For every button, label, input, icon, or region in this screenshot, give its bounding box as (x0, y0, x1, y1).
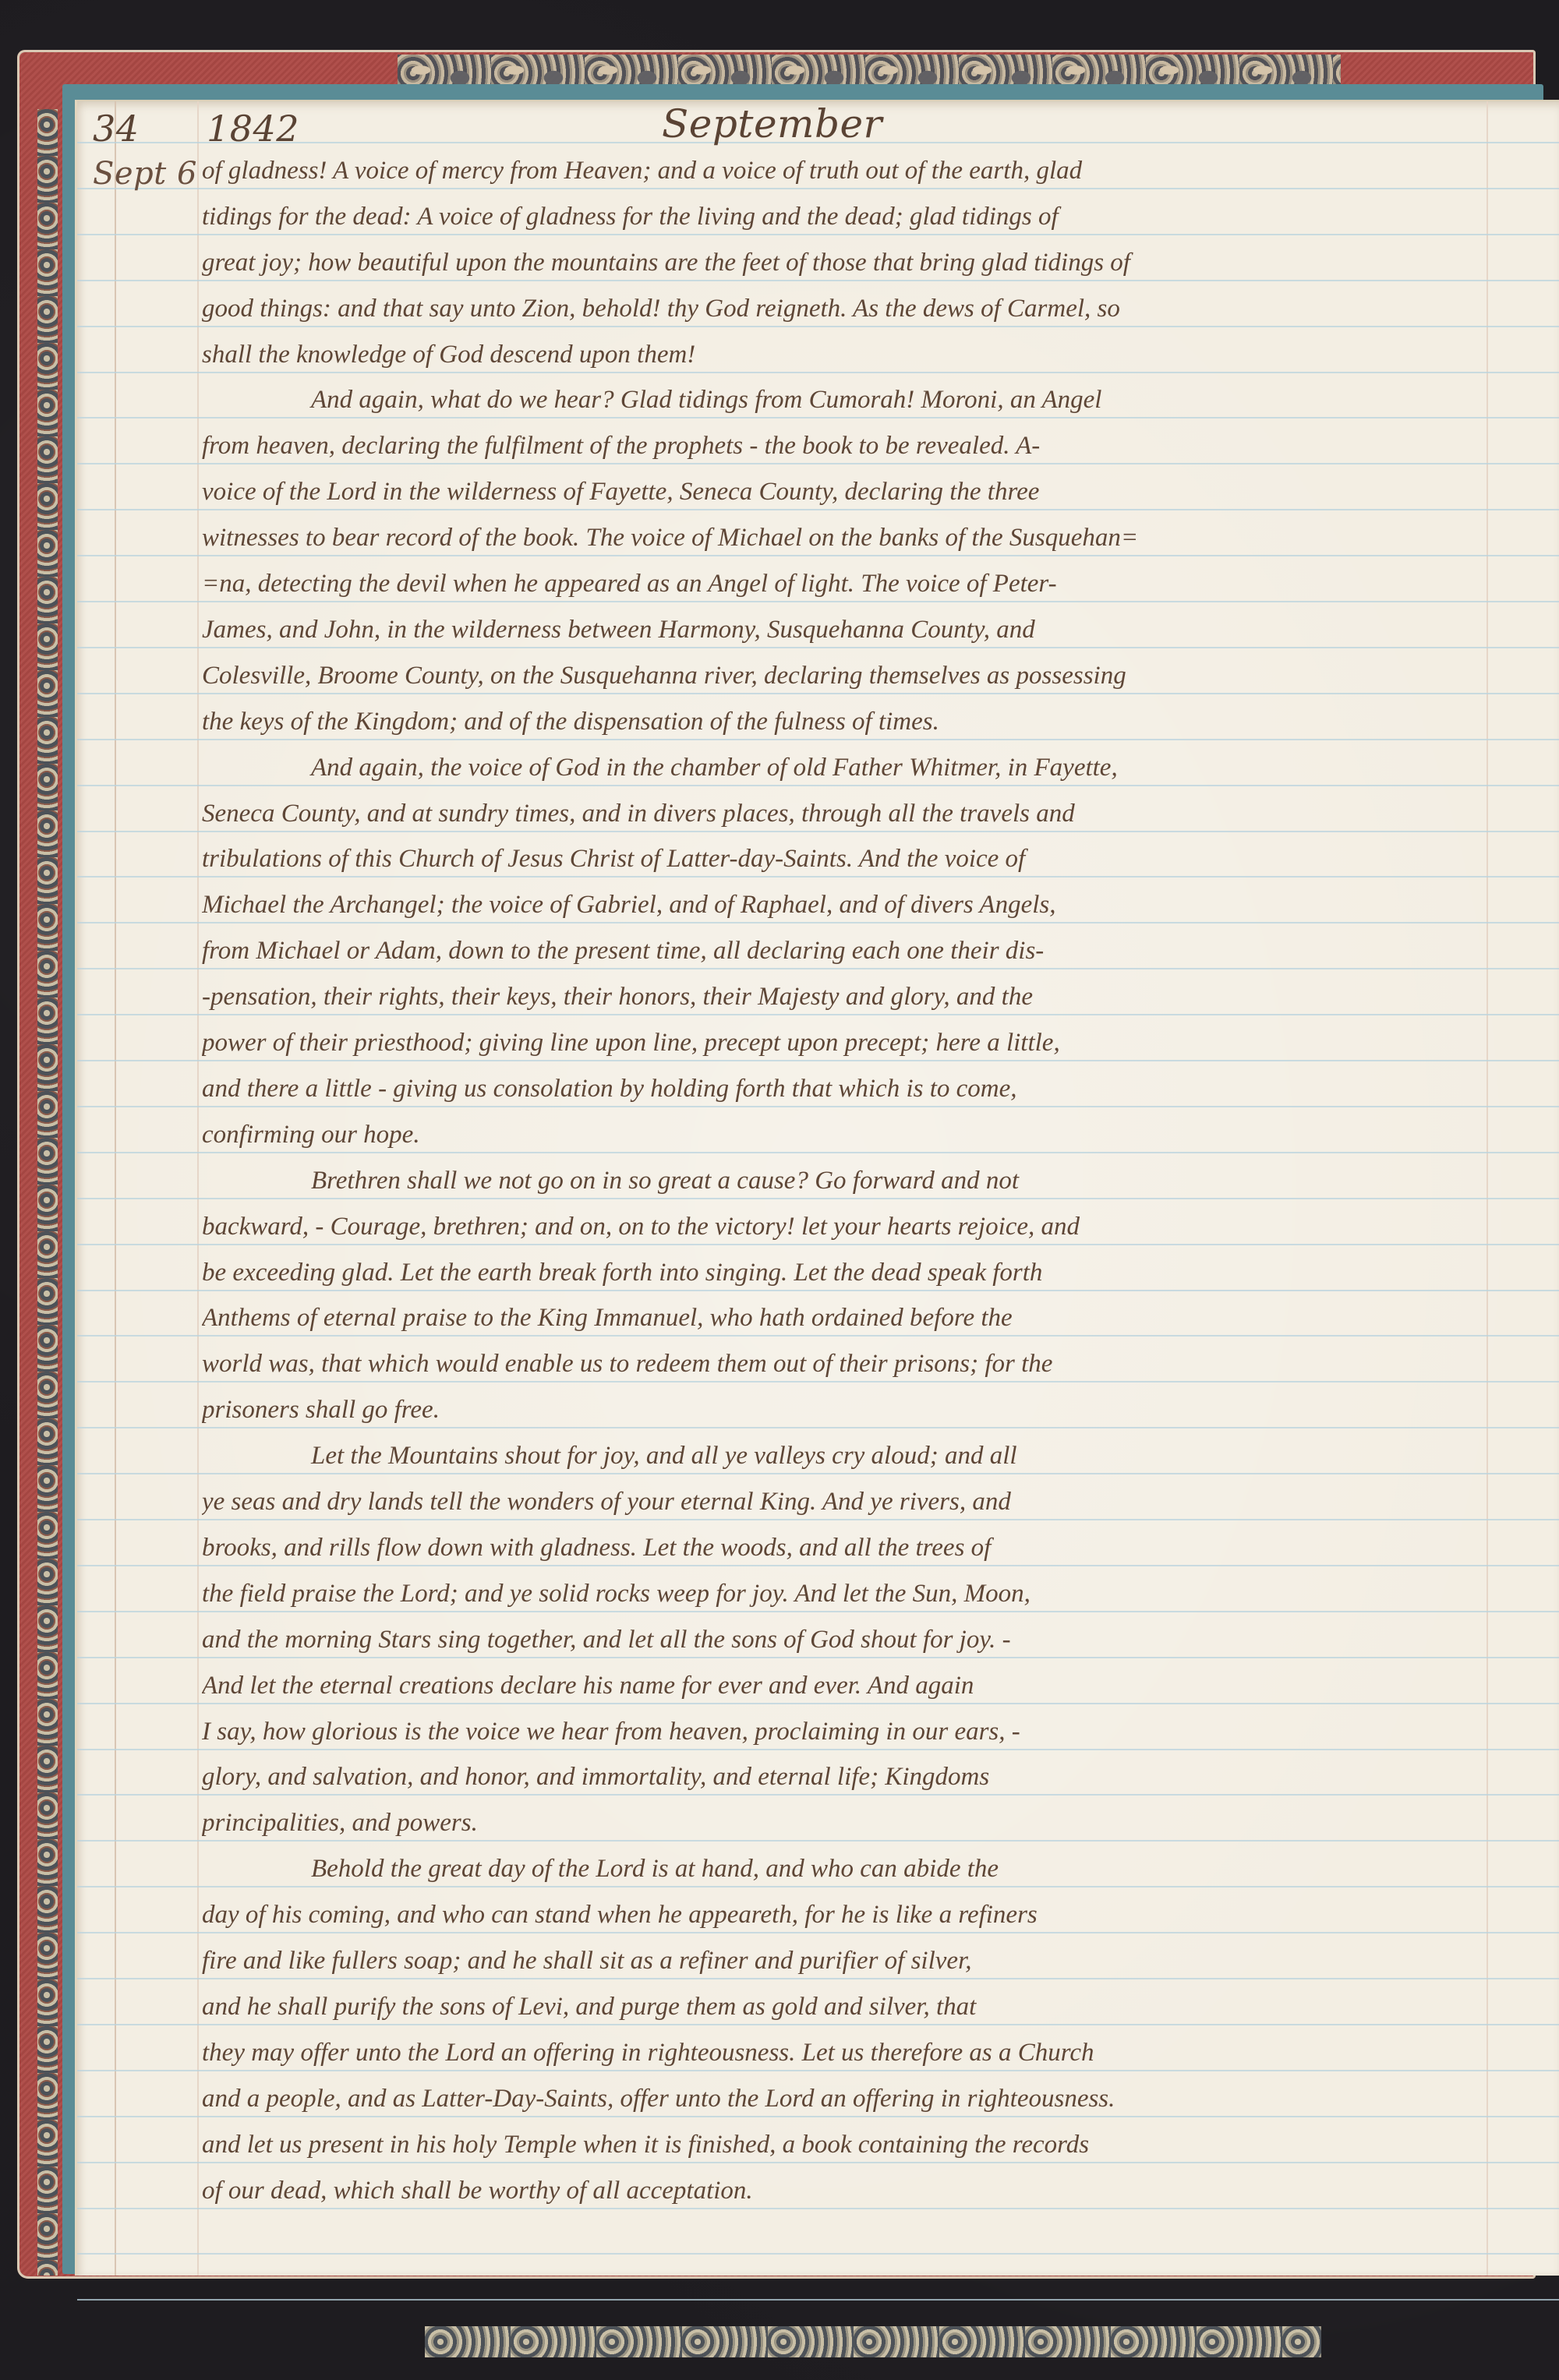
text-line: brooks, and rills flow down with gladnes… (202, 1534, 1527, 1563)
margin-date-note: Sept 6 (93, 156, 197, 192)
ruled-line (77, 2070, 1559, 2071)
text-line: of gladness! A voice of mercy from Heave… (202, 157, 1527, 185)
text-line: Michael the Archangel; the voice of Gabr… (202, 891, 1527, 920)
text-line: shall the knowledge of God descend upon … (202, 341, 1527, 369)
text-line: And again, what do we hear? Glad tidings… (202, 386, 1527, 415)
text-line: and a people, and as Latter-Day-Saints, … (202, 2085, 1527, 2113)
ruled-line (77, 601, 1559, 602)
ruled-line (77, 2024, 1559, 2025)
text-line: power of their priesthood; giving line u… (202, 1029, 1527, 1058)
text-line: backward, - Courage, brethren; and on, o… (202, 1213, 1527, 1241)
ruled-line (77, 1886, 1559, 1887)
text-line: voice of the Lord in the wilderness of F… (202, 478, 1527, 507)
ruled-line (77, 739, 1559, 740)
margin-line-inner (197, 101, 199, 2276)
ruled-line (77, 2116, 1559, 2117)
ruled-line (77, 280, 1559, 281)
ruled-line (77, 1060, 1559, 1061)
ruled-line (77, 1519, 1559, 1520)
ruled-line (77, 1244, 1559, 1245)
ruled-line (77, 968, 1559, 969)
text-line: from Michael or Adam, down to the presen… (202, 937, 1527, 966)
text-line: prisoners shall go free. (202, 1396, 1527, 1425)
ruled-line (77, 1978, 1559, 1979)
text-line: glory, and salvation, and honor, and imm… (202, 1763, 1527, 1792)
text-line: -pensation, their rights, their keys, th… (202, 983, 1527, 1012)
text-line: James, and John, in the wilderness betwe… (202, 616, 1527, 644)
ruled-line (77, 2162, 1559, 2163)
ruled-line (77, 188, 1559, 189)
text-line: Anthems of eternal praise to the King Im… (202, 1304, 1527, 1333)
ruled-line (77, 555, 1559, 556)
text-line: witnesses to bear record of the book. Th… (202, 524, 1527, 553)
ruled-line (77, 463, 1559, 464)
text-line: the keys of the Kingdom; and of the disp… (202, 708, 1527, 736)
ruled-line (77, 509, 1559, 510)
ruled-line (77, 1152, 1559, 1153)
header-month: September (662, 101, 882, 147)
text-line: ye seas and dry lands tell the wonders o… (202, 1488, 1527, 1517)
text-line: great joy; how beautiful upon the mounta… (202, 249, 1527, 277)
text-line: and let us present in his holy Temple wh… (202, 2131, 1527, 2159)
ruled-line (77, 1106, 1559, 1107)
ruled-line (77, 1565, 1559, 1566)
text-line: the field praise the Lord; and ye solid … (202, 1580, 1527, 1608)
text-line: fire and like fullers soap; and he shall… (202, 1947, 1527, 1976)
page-number: 34 (93, 108, 140, 150)
text-line: and he shall purify the sons of Levi, an… (202, 1993, 1527, 2022)
ruled-line (77, 326, 1559, 327)
ruled-line (77, 1198, 1559, 1199)
ruled-line (77, 831, 1559, 832)
text-line: from heaven, declaring the fulfilment of… (202, 432, 1527, 461)
text-line: I say, how glorious is the voice we hear… (202, 1718, 1527, 1746)
text-line: world was, that which would enable us to… (202, 1350, 1527, 1379)
text-line: they may offer unto the Lord an offering… (202, 2039, 1527, 2067)
text-line: principalities, and powers. (202, 1809, 1527, 1838)
ruled-line (77, 647, 1559, 648)
ruled-line (77, 1473, 1559, 1474)
ruled-line (77, 1657, 1559, 1658)
ruled-line (77, 1703, 1559, 1704)
ruled-line (77, 785, 1559, 786)
text-line: =na, detecting the devil when he appeare… (202, 570, 1527, 599)
ruled-line (77, 2208, 1559, 2209)
header-year: 1842 (207, 108, 299, 150)
text-line: of our dead, which shall be worthy of al… (202, 2177, 1527, 2205)
text-line: and the morning Stars sing together, and… (202, 1626, 1527, 1654)
ruled-line (77, 1611, 1559, 1612)
marbled-edge-left (37, 109, 58, 2276)
ruled-line (77, 2299, 1559, 2301)
text-line: Let the Mountains shout for joy, and all… (202, 1442, 1527, 1471)
text-line: Colesville, Broome County, on the Susque… (202, 662, 1527, 690)
text-line: confirming our hope. (202, 1121, 1527, 1149)
text-line: And let the eternal creations declare hi… (202, 1672, 1527, 1700)
ruled-line (77, 234, 1559, 235)
text-line: Seneca County, and at sundry times, and … (202, 800, 1527, 828)
ruled-line (77, 876, 1559, 877)
ruled-line (77, 1427, 1559, 1428)
text-line: and there a little - giving us consolati… (202, 1075, 1527, 1103)
ruled-line (77, 1794, 1559, 1796)
ruled-line (77, 1290, 1559, 1291)
text-line: Behold the great day of the Lord is at h… (202, 1855, 1527, 1884)
text-line: day of his coming, and who can stand whe… (202, 1901, 1527, 1930)
ruled-line (77, 1749, 1559, 1750)
manuscript-page: 34 1842 September Sept 6 of gladness! A … (75, 100, 1559, 2276)
text-line: Brethren shall we not go on in so great … (202, 1167, 1527, 1195)
ruled-line (77, 1335, 1559, 1337)
ruled-line (77, 1932, 1559, 1933)
ruled-line (77, 417, 1559, 418)
text-line: tidings for the dead: A voice of gladnes… (202, 203, 1527, 231)
marbled-edge-bottom (425, 2326, 1321, 2357)
ruled-line (77, 693, 1559, 694)
text-line: good things: and that say unto Zion, beh… (202, 295, 1527, 323)
text-line: be exceeding glad. Let the earth break f… (202, 1259, 1527, 1287)
ruled-line (77, 922, 1559, 923)
text-line: tribulations of this Church of Jesus Chr… (202, 845, 1527, 874)
ruled-line (77, 2253, 1559, 2255)
ruled-line (77, 372, 1559, 373)
ruled-line (77, 1381, 1559, 1382)
ruled-line (77, 1014, 1559, 1015)
margin-line-outer (115, 101, 116, 2276)
ruled-line (77, 1840, 1559, 1841)
text-line: And again, the voice of God in the chamb… (202, 754, 1527, 782)
